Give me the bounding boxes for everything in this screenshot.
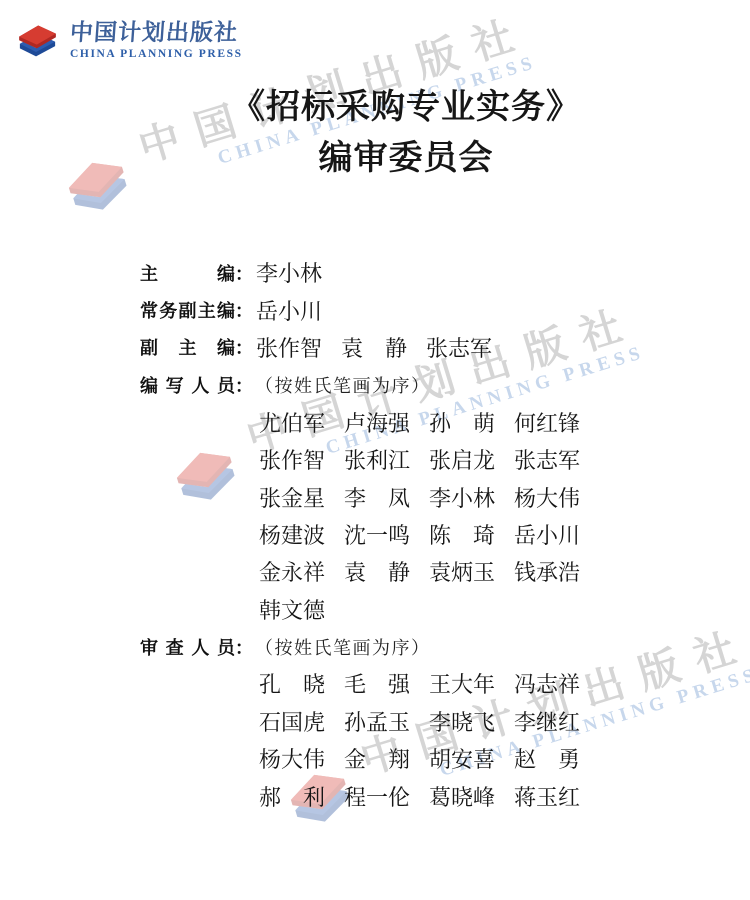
role-row-chief-editor: 主编： 李小林 xyxy=(140,254,730,291)
role-label: 主编 xyxy=(140,260,235,286)
person-name: 陈琦 xyxy=(429,519,495,550)
person-name: 毛强 xyxy=(344,668,410,699)
colon: ： xyxy=(235,372,253,398)
title-line-2: 编审委员会 xyxy=(62,133,750,184)
person-name: 张作智 xyxy=(256,332,322,363)
reviewer-names-row: 石国虎 孙孟玉 李晓飞 李继红 xyxy=(140,703,730,740)
person-name: 金翔 xyxy=(344,743,410,774)
editor-names-row: 韩文德 xyxy=(140,591,730,628)
person-name: 张金星 xyxy=(259,482,325,513)
person-name: 张志军 xyxy=(426,332,492,363)
person-name: 袁炳玉 xyxy=(429,556,495,587)
person-name: 王大年 xyxy=(429,668,495,699)
person-name: 李凤 xyxy=(344,482,410,513)
person-name: 韩文德 xyxy=(259,594,325,625)
committee-roster: 主编： 李小林 常务副主编： 岳小川 副主编： 张作智 袁静 张志军 编写人员：… xyxy=(140,254,730,815)
editor-names-row: 尤伯军 卢海强 孙萌 何红锋 xyxy=(140,404,730,441)
reviewer-names-row: 郝利 程一伦 葛晓峰 蒋玉红 xyxy=(140,777,730,814)
person-name: 冯志祥 xyxy=(514,668,580,699)
person-name: 郝利 xyxy=(259,781,325,812)
page-title: 《招标采购专业实务》 编审委员会 xyxy=(62,82,750,184)
role-row-editors: 编写人员： （按姓氏笔画为序） xyxy=(140,366,730,403)
role-row-executive-deputy-editor: 常务副主编： 岳小川 xyxy=(140,291,730,328)
person-name: 张志军 xyxy=(514,444,580,475)
sort-order-note: （按姓氏笔画为序） xyxy=(255,634,431,660)
person-name: 尤伯军 xyxy=(259,407,325,438)
person-name: 岳小川 xyxy=(514,519,580,550)
person-name: 张作智 xyxy=(259,444,325,475)
reviewer-names-row: 杨大伟 金翔 胡安喜 赵勇 xyxy=(140,740,730,777)
person-name: 葛晓峰 xyxy=(429,781,495,812)
editor-names-row: 张金星 李凤 李小林 杨大伟 xyxy=(140,478,730,515)
person-name: 张利江 xyxy=(344,444,410,475)
person-name: 孙萌 xyxy=(429,407,495,438)
person-name: 孔晓 xyxy=(259,668,325,699)
role-row-reviewers: 审查人员： （按姓氏笔画为序） xyxy=(140,628,730,665)
person-name: 胡安喜 xyxy=(429,743,495,774)
person-name: 李晓飞 xyxy=(429,706,495,737)
publisher-logo: 中国计划出版社 CHINA PLANNING PRESS xyxy=(14,18,243,61)
person-name: 金永祥 xyxy=(259,556,325,587)
role-label: 副主编 xyxy=(140,334,235,360)
editor-names-row: 金永祥 袁静 袁炳玉 钱承浩 xyxy=(140,553,730,590)
person-name: 赵勇 xyxy=(514,743,580,774)
person-name: 卢海强 xyxy=(344,407,410,438)
person-name: 何红锋 xyxy=(514,407,580,438)
colon: ： xyxy=(235,334,253,360)
person-name: 孙孟玉 xyxy=(344,706,410,737)
person-name: 杨大伟 xyxy=(259,743,325,774)
person-name: 岳小川 xyxy=(256,295,322,326)
publisher-name-en: CHINA PLANNING PRESS xyxy=(70,48,243,61)
person-name: 程一伦 xyxy=(344,781,410,812)
role-label: 审查人员 xyxy=(140,634,235,660)
publisher-name-zh: 中国计划出版社 xyxy=(69,18,244,48)
role-row-deputy-editors: 副主编： 张作智 袁静 张志军 xyxy=(140,329,730,366)
person-name: 沈一鸣 xyxy=(344,519,410,550)
reviewer-names-row: 孔晓 毛强 王大年 冯志祥 xyxy=(140,665,730,702)
editor-names-row: 杨建波 沈一鸣 陈琦 岳小川 xyxy=(140,516,730,553)
person-name: 钱承浩 xyxy=(514,556,580,587)
book-stack-icon xyxy=(14,18,61,61)
person-name: 石国虎 xyxy=(259,706,325,737)
person-name: 李小林 xyxy=(256,257,322,288)
editor-names-row: 张作智 张利江 张启龙 张志军 xyxy=(140,441,730,478)
person-name: 袁静 xyxy=(344,556,410,587)
person-name: 杨建波 xyxy=(259,519,325,550)
role-label: 编写人员 xyxy=(140,372,235,398)
role-label: 常务副主编 xyxy=(140,297,235,323)
title-line-1: 《招标采购专业实务》 xyxy=(62,82,750,133)
sort-order-note: （按姓氏笔画为序） xyxy=(255,372,431,398)
colon: ： xyxy=(235,297,253,323)
person-name: 李继红 xyxy=(514,706,580,737)
person-name: 杨大伟 xyxy=(514,482,580,513)
person-name: 袁静 xyxy=(341,332,407,363)
person-name: 蒋玉红 xyxy=(514,781,580,812)
colon: ： xyxy=(235,634,253,660)
person-name: 张启龙 xyxy=(429,444,495,475)
colon: ： xyxy=(235,260,253,286)
book-committee-page: 中国计划出版社 CHINA PLANNING PRESS 中国计划出版社 CHI… xyxy=(0,0,750,900)
person-name: 李小林 xyxy=(429,482,495,513)
